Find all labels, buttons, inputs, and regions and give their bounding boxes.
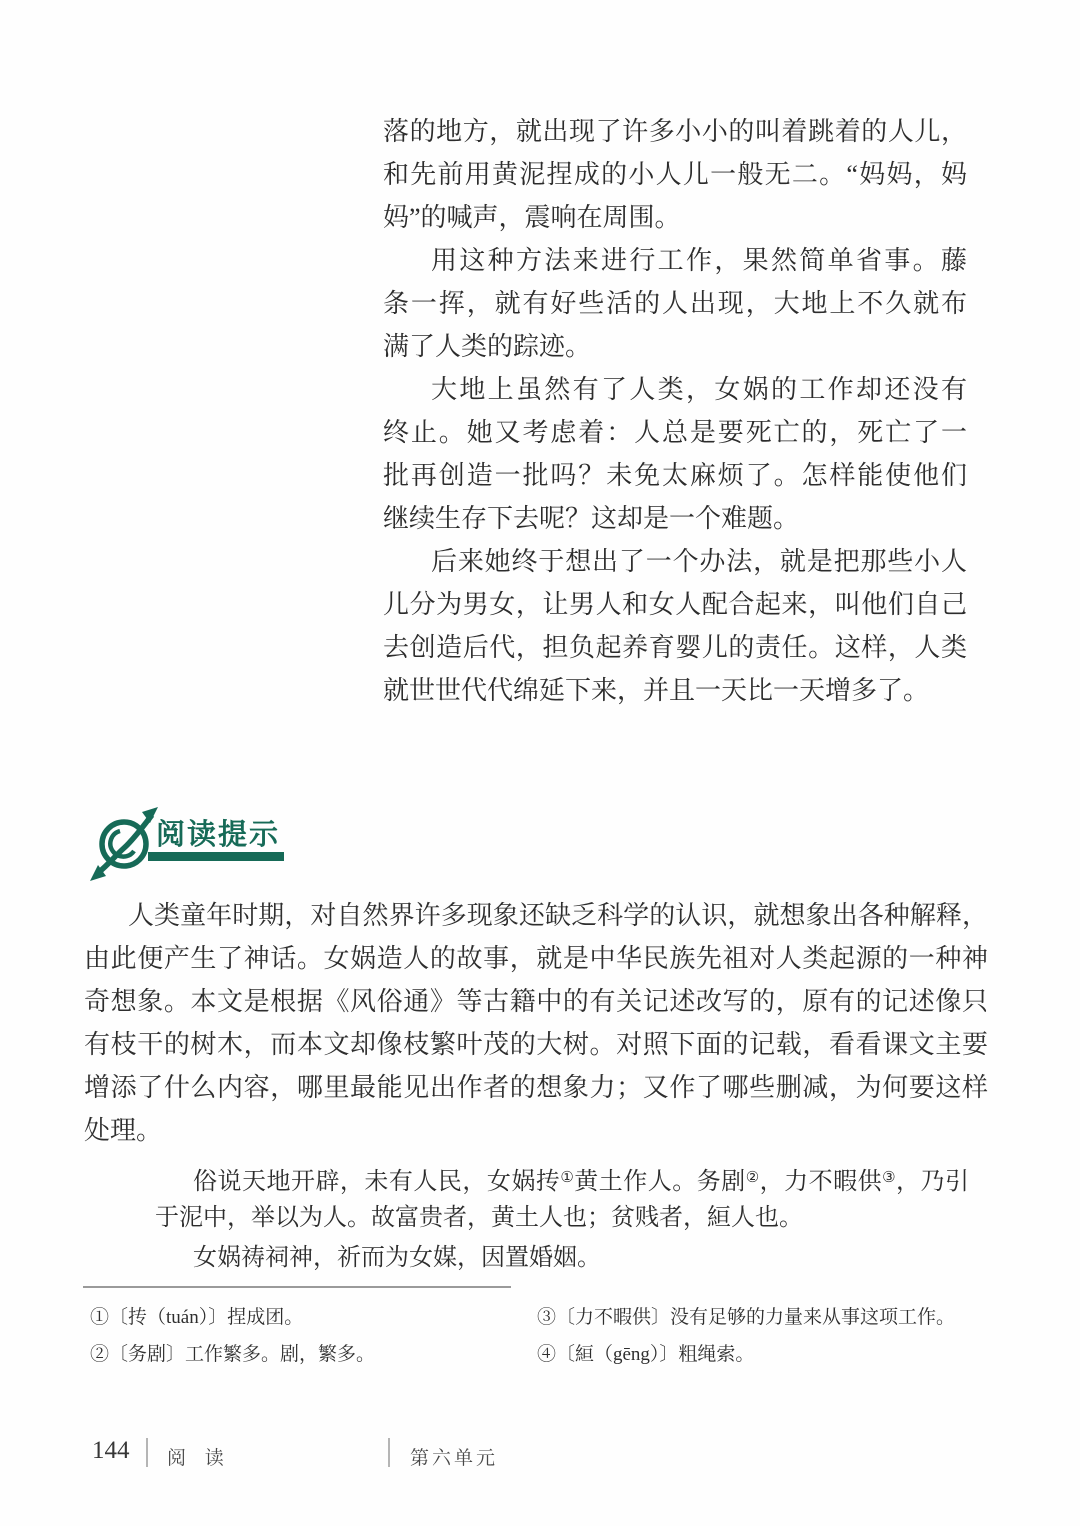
text-line: 批再创造一批吗？未免太麻烦了。怎样能使他们 [383,454,967,497]
quote-segment: 黄土作人。务剧 [574,1169,745,1195]
text-line: 由此便产生了神话。女娲造人的故事，就是中华民族先祖对人类起源的一种神 [84,937,988,980]
text-line: 后来她终于想出了一个办法，就是把那些小人 [383,540,967,583]
quote-line: 于泥中，举以为人。故富贵者，黄土人也；贫贱者，絙人也。 [155,1198,969,1238]
text-line: 用这种方法来进行工作，果然简单省事。藤 [383,239,967,282]
text-line: 终止。她又考虑着：人总是要死亡的，死亡了一 [383,411,967,454]
text-line: 妈”的喊声，震响在周围。 [383,196,967,239]
footnote-entry: ①〔抟（tuán）〕捏成团。 [90,1299,375,1336]
quote-segment: 俗说天地开辟，未有人民，女娲抟 [193,1169,560,1195]
reading-tips-paragraph: 人类童年时期，对自然界许多现象还缺乏科学的认识，就想象出各种解释， 由此便产生了… [84,894,988,1152]
text-line: 和先前用黄泥捏成的小人儿一般无二。“妈妈，妈 [383,153,967,196]
footnote-entry: ②〔务剧〕工作繁多。剧，繁多。 [90,1336,375,1373]
text-line: 大地上虽然有了人类，女娲的工作却还没有 [383,368,967,411]
footnote-entry: ④〔絙（gēng）〕粗绳索。 [537,1336,955,1373]
quote-line: 俗说天地开辟，未有人民，女娲抟①黄土作人。务剧②，力不暇供③，乃引絙④ [155,1158,969,1198]
footnotes-right-column: ③〔力不暇供〕没有足够的力量来从事这项工作。 ④〔絙（gēng）〕粗绳索。 [537,1299,955,1373]
quote-segment: ，力不暇供 [760,1169,882,1195]
footnote-entry: ③〔力不暇供〕没有足够的力量来从事这项工作。 [537,1299,955,1336]
footer-section-label: 阅 读 [167,1443,231,1470]
footer-divider [146,1438,148,1467]
text-line: 处理。 [84,1109,988,1152]
text-line: 人类童年时期，对自然界许多现象还缺乏科学的认识，就想象出各种解释， [84,894,988,937]
quote-line: 女娲祷祠神，祈而为女媒，因置婚姻。 [155,1238,969,1278]
section-title: 阅读提示 [156,812,280,853]
footnote-marker-3: ③ [882,1170,896,1186]
classical-quote: 俗说天地开辟，未有人民，女娲抟①黄土作人。务剧②，力不暇供③，乃引絙④ 于泥中，… [155,1158,969,1278]
text-line: 增添了什么内容，哪里最能见出作者的想象力；又作了哪些删减，为何要这样 [84,1066,988,1109]
text-line: 满了人类的踪迹。 [383,325,967,368]
footer-divider [388,1438,390,1467]
text-line: 继续生存下去呢？这却是一个难题。 [383,497,967,540]
footnote-divider [83,1286,511,1288]
story-text: 落的地方，就出现了许多小小的叫着跳着的人儿， 和先前用黄泥捏成的小人儿一般无二。… [383,110,967,712]
textbook-page: 落的地方，就出现了许多小小的叫着跳着的人儿， 和先前用黄泥捏成的小人儿一般无二。… [0,0,1080,1526]
title-underline-bar [148,852,284,861]
footnote-marker-2: ② [746,1170,760,1186]
text-line: 奇想象。本文是根据《风俗通》等古籍中的有关记述改写的，原有的记述像只 [84,980,988,1023]
reading-tips-icon [86,801,166,890]
text-line: 有枝干的树木，而本文却像枝繁叶茂的大树。对照下面的记载，看看课文主要 [84,1023,988,1066]
text-line: 去创造后代，担负起养育婴儿的责任。这样，人类 [383,626,967,669]
text-line: 儿分为男女，让男人和女人配合起来，叫他们自己 [383,583,967,626]
text-line: 落的地方，就出现了许多小小的叫着跳着的人儿， [383,110,967,153]
text-line: 条一挥，就有好些活的人出现，大地上不久就布 [383,282,967,325]
footnotes-left-column: ①〔抟（tuán）〕捏成团。 ②〔务剧〕工作繁多。剧，繁多。 [90,1299,375,1373]
footer-unit-label: 第六单元 [410,1443,498,1470]
footnote-marker-1: ① [560,1170,574,1186]
text-line: 就世世代代绵延下来，并且一天比一天增多了。 [383,669,967,712]
page-number: 144 [92,1437,130,1465]
